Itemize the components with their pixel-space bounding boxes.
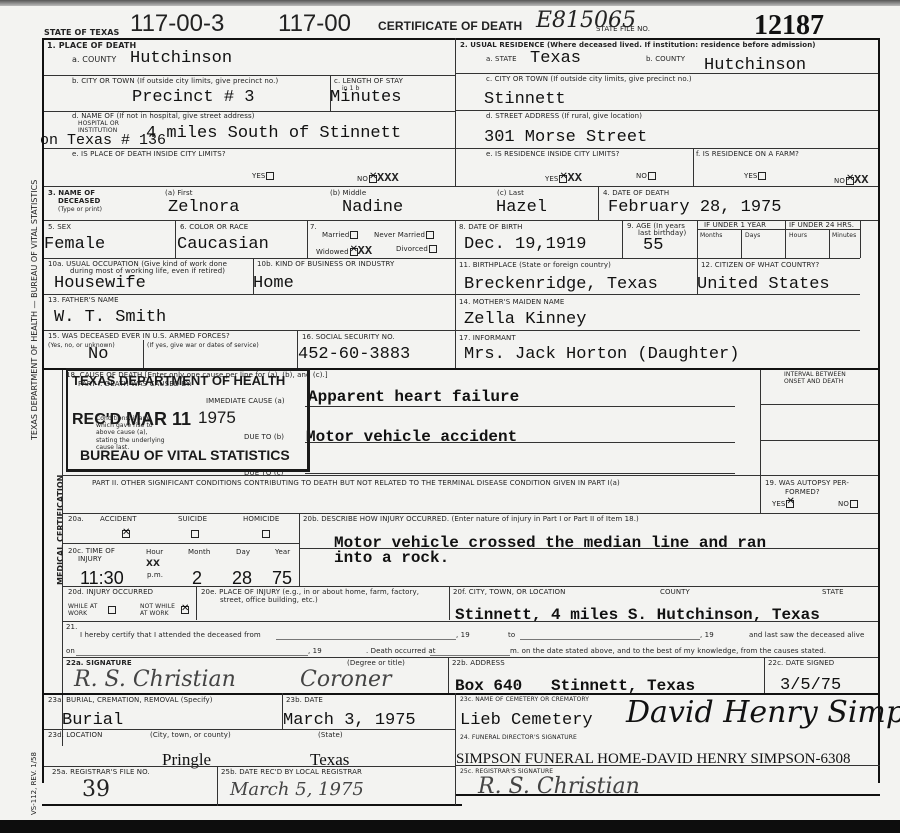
- place-of-death-label: 1. PLACE OF DEATH: [47, 42, 136, 50]
- injury-description-label: 20b. DESCRIBE HOW INJURY OCCURRED. (Ente…: [303, 516, 639, 523]
- stamp-line-1: TEXAS DEPARTMENT OF HEALTH: [72, 374, 285, 387]
- certifier-title: Coroner: [300, 669, 392, 691]
- rule: [44, 75, 455, 76]
- checkbox-checked[interactable]: [559, 175, 567, 183]
- father-name-value: W. T. Smith: [54, 309, 166, 326]
- header-handwritten-number-1: 117-00-3: [130, 12, 224, 36]
- race-label: 6. COLOR OR RACE: [180, 224, 248, 231]
- residence-inside-city-no[interactable]: NO: [636, 172, 656, 180]
- hospital-value-line-2: on Texas # 136: [40, 133, 166, 148]
- first-name-label: (a) First: [165, 190, 193, 197]
- residence-city-value: Stinnett: [484, 91, 566, 108]
- injury-location-label: 20f. CITY, TOWN, OR LOCATION: [453, 589, 565, 596]
- rule: [62, 370, 63, 746]
- funeral-director-signature: David Henry Simpson: [626, 698, 900, 728]
- suicide-label: SUICIDE: [178, 516, 207, 523]
- rule: [741, 229, 742, 258]
- certification-text-2d: m. on the date stated above, and to the …: [510, 648, 826, 655]
- year-label: Year: [275, 549, 290, 556]
- business-label: 10b. KIND OF BUSINESS OR INDUSTRY: [257, 261, 394, 268]
- checkbox[interactable]: [429, 245, 437, 253]
- rule: [44, 729, 455, 730]
- rule: [305, 406, 735, 407]
- days-label: Days: [745, 233, 760, 239]
- time-of-injury-label: 20c. TIME OF: [68, 548, 115, 555]
- length-of-stay-value: Minutes: [330, 89, 401, 106]
- death-county-value: Hutchinson: [130, 50, 232, 67]
- inside-city-limits-label: e. IS PLACE OF DEATH INSIDE CITY LIMITS?: [72, 151, 226, 158]
- state-file-number: 12187: [754, 12, 824, 40]
- months-label: Months: [700, 233, 723, 239]
- time-of-injury-label-2: INJURY: [78, 556, 102, 563]
- registrar-date-value: March 5, 1975: [230, 781, 364, 799]
- armed-forces-value: No: [88, 346, 108, 363]
- citizen-label: 12. CITIZEN OF WHAT COUNTRY?: [701, 262, 819, 269]
- rule: [455, 73, 878, 74]
- rule: [62, 513, 878, 514]
- race-value: Caucasian: [177, 236, 269, 253]
- rule: [62, 621, 878, 622]
- cemetery-label: 23c. NAME OF CEMETERY OR CREMATORY: [460, 697, 589, 703]
- date-signed-value: 3/5/75: [780, 677, 841, 694]
- certifier-address-value: Box 640 Stinnett, Texas: [455, 678, 695, 694]
- rule: [44, 186, 878, 187]
- certification-text-1e: and last saw the deceased alive: [749, 632, 864, 639]
- dob-value: Dec. 19,1919: [464, 236, 586, 253]
- certificate-title: CERTIFICATE OF DEATH: [378, 20, 522, 32]
- stamp-line-2b: MAR 11: [126, 410, 191, 428]
- yes-label: YES: [545, 175, 558, 183]
- form-border-bottom-left: [42, 804, 462, 806]
- burial-date-value: March 3, 1975: [283, 712, 416, 729]
- injury-type-label: 20a.: [68, 516, 84, 523]
- rule: [785, 220, 786, 258]
- rule: [449, 586, 450, 620]
- widowed-label: Widowed: [316, 248, 349, 256]
- checkbox[interactable]: [266, 172, 274, 180]
- last-name-label: (c) Last: [497, 190, 524, 197]
- burial-date-label: 23b. DATE: [286, 697, 323, 704]
- street-address-label: d. STREET ADDRESS (If rural, give locati…: [486, 113, 642, 120]
- certification-number: 21.: [66, 624, 77, 631]
- under-1-year-label: IF UNDER 1 YEAR: [704, 222, 766, 229]
- dob-label: 8. DATE OF BIRTH: [459, 224, 522, 231]
- mother-maiden-name-value: Zella Kinney: [464, 311, 586, 328]
- rule: [217, 766, 218, 806]
- autopsy-no[interactable]: NO: [838, 500, 858, 508]
- certification-text-1b: , 19: [456, 632, 470, 639]
- rule: [693, 148, 694, 186]
- rule: [44, 330, 860, 331]
- farm-label: f. IS RESIDENCE ON A FARM?: [696, 151, 799, 158]
- side-text-medical-certification: MEDICAL CERTIFICATION: [56, 475, 65, 585]
- typed-mark: XX: [854, 173, 869, 187]
- rule: [196, 586, 197, 620]
- residence-state-value: Texas: [530, 50, 581, 67]
- death-inside-city-yes[interactable]: YES: [252, 172, 274, 180]
- checkbox[interactable]: [850, 500, 858, 508]
- rule: [622, 220, 623, 258]
- armed-forces-label: 15. WAS DECEASED EVER IN U.S. ARMED FORC…: [48, 333, 230, 340]
- no-label: NO: [357, 175, 368, 183]
- injury-occurred-label: 20d. INJURY OCCURRED: [68, 589, 153, 596]
- mother-maiden-name-label: 14. MOTHER'S MAIDEN NAME: [459, 299, 564, 306]
- not-while-at-work-label: NOT WHILE AT WORK: [140, 604, 178, 617]
- blank-line: [520, 639, 700, 640]
- checkbox-checked[interactable]: [369, 175, 377, 183]
- checkbox[interactable]: [648, 172, 656, 180]
- rule: [62, 543, 299, 544]
- registrar-file-no-value: 39: [82, 779, 110, 801]
- side-text-department: TEXAS DEPARTMENT OF HEALTH — BUREAU OF V…: [30, 180, 39, 440]
- certification-text-2a: on: [66, 648, 75, 655]
- county-label: a. COUNTY: [72, 56, 116, 64]
- business-value: Home: [253, 275, 294, 292]
- stamp-line-2c: 1975: [198, 409, 236, 426]
- rule: [448, 657, 449, 693]
- rule: [62, 586, 878, 587]
- homicide-label: HOMICIDE: [243, 516, 279, 523]
- header-state: STATE OF TEXAS: [44, 29, 119, 37]
- sex-value: Female: [44, 236, 105, 253]
- scan-edge-top: [0, 0, 900, 6]
- married-label: Married: [322, 231, 349, 239]
- residence-inside-city-label: e. IS RESIDENCE INSIDE CITY LIMITS?: [486, 151, 619, 158]
- residence-label: 2. USUAL RESIDENCE (Where deceased lived…: [460, 42, 816, 49]
- certifier-address-label: 22b. ADDRESS: [452, 660, 505, 667]
- street-address-value: 301 Morse Street: [484, 129, 647, 146]
- widowed-option[interactable]: WidowedXX: [316, 245, 372, 257]
- middle-name-value: Nadine: [342, 199, 403, 216]
- residence-county-label: b. COUNTY: [646, 56, 685, 63]
- rule: [62, 475, 878, 476]
- under-24-hrs-label: IF UNDER 24 HRS.: [789, 222, 854, 229]
- rule: [44, 294, 860, 295]
- checkbox-checked[interactable]: [350, 248, 358, 256]
- autopsy-yes[interactable]: YES: [772, 500, 794, 508]
- residence-city-label: c. CITY OR TOWN (If outside city limits,…: [486, 76, 692, 83]
- autopsy-label-2: FORMED?: [785, 489, 820, 496]
- residence-state-label: a. STATE: [486, 56, 517, 63]
- suicide-checkbox[interactable]: [191, 530, 199, 538]
- never-married-option[interactable]: Never Married: [374, 231, 434, 239]
- ampm-mark: XX: [146, 560, 160, 569]
- burial-city-label: (City, town, or county): [150, 732, 231, 739]
- rule: [760, 440, 878, 441]
- injury-county-label: COUNTY: [660, 589, 690, 596]
- hour-label: Hour: [146, 549, 163, 556]
- time-of-injury-value: 11:30: [80, 569, 124, 587]
- place-of-injury-label: 20e. PLACE OF INJURY (e.g., in or about …: [201, 589, 419, 596]
- middle-name-label: (b) Middle: [330, 190, 366, 197]
- injury-year-value: 75: [272, 569, 292, 587]
- stamp-line-2a: REC'D: [72, 412, 121, 428]
- name-label-2: DECEASED: [58, 198, 100, 205]
- form-border-right: [878, 38, 880, 783]
- rule: [299, 513, 300, 586]
- ampm-value: p.m.: [147, 572, 163, 579]
- not-while-at-work-checkbox-checked[interactable]: [181, 606, 189, 614]
- rule: [764, 657, 765, 693]
- hours-label: Hours: [789, 233, 807, 239]
- rule: [455, 148, 878, 149]
- ssn-label: 16. SOCIAL SECURITY NO.: [302, 334, 395, 341]
- rule: [860, 220, 861, 258]
- while-at-work-label: WHILE AT WORK: [68, 604, 100, 617]
- no-label: NO: [834, 177, 845, 185]
- length-of-stay-label: c. LENGTH OF STAY: [334, 78, 403, 85]
- armed-forces-sub-2: (If yes, give war or dates of service): [147, 343, 259, 349]
- minutes-label: Minutes: [832, 233, 856, 239]
- registrar-signature: R. S. Christian: [478, 776, 640, 798]
- rule: [697, 220, 698, 258]
- rule: [175, 220, 176, 258]
- city-label: b. CITY OR TOWN (If outside city limits,…: [72, 78, 278, 85]
- burial-location-label: 23d. LOCATION: [48, 732, 102, 739]
- injury-month-value: 2: [192, 569, 202, 587]
- hospital-value-line-1: 4 miles South of Stinnett: [146, 125, 401, 142]
- blank-line: [76, 655, 308, 656]
- name-label-3: (Type or print): [58, 207, 102, 213]
- checkbox-checked[interactable]: [846, 177, 854, 185]
- rule: [760, 370, 761, 514]
- checkbox[interactable]: [758, 172, 766, 180]
- typed-mark: XXX: [377, 171, 399, 185]
- place-of-injury-label-2: street, office building, etc.): [220, 597, 318, 604]
- part-2-label: PART II. OTHER SIGNIFICANT CONDITIONS CO…: [92, 480, 620, 487]
- rule: [455, 693, 456, 805]
- farm-yes[interactable]: YES: [744, 172, 766, 180]
- disposition-label: 23a. BURIAL, CREMATION, REMOVAL (Specify…: [48, 697, 213, 704]
- state-file-label: STATE FILE NO.: [596, 26, 650, 33]
- divorced-option[interactable]: Divorced: [396, 245, 437, 253]
- injury-day-value: 28: [232, 569, 252, 587]
- citizen-value: United States: [697, 276, 830, 293]
- date-of-death-value: February 28, 1975: [608, 199, 781, 216]
- homicide-checkbox[interactable]: [262, 530, 270, 538]
- rule: [760, 404, 878, 405]
- month-label: Month: [188, 549, 210, 556]
- typed-mark: XX: [567, 171, 582, 185]
- rule: [62, 657, 878, 658]
- marital-label: 7.: [310, 224, 317, 231]
- header-handwritten-number-2: 117-00: [278, 12, 351, 36]
- no-label: NO: [838, 500, 849, 508]
- rule: [829, 229, 830, 258]
- no-label: NO: [636, 172, 647, 180]
- interval-label-2: ONSET AND DEATH: [784, 379, 843, 385]
- yes-label: YES: [252, 172, 265, 180]
- rule: [44, 148, 455, 149]
- scan-edge-bottom: [0, 820, 900, 833]
- rule: [143, 340, 144, 370]
- never-married-label: Never Married: [374, 231, 425, 239]
- certification-text-2c: . Death occurred at: [366, 648, 436, 655]
- occupation-value: Housewife: [54, 275, 146, 292]
- checkbox[interactable]: [426, 231, 434, 239]
- birthplace-value: Breckenridge, Texas: [464, 276, 658, 293]
- cemetery-value: Lieb Cemetery: [460, 712, 593, 729]
- autopsy-label-1: 19. WAS AUTOPSY PER-: [765, 480, 849, 487]
- rule: [44, 766, 455, 767]
- funeral-director-signature-label: 24. FUNERAL DIRECTOR'S SIGNATURE: [460, 735, 577, 741]
- date-of-death-label: 4. DATE OF DEATH: [603, 190, 669, 197]
- registrar-file-no-label: 25a. REGISTRAR'S FILE NO.: [52, 769, 150, 776]
- certification-text-1c: to: [508, 632, 515, 639]
- farm-no[interactable]: NOXX: [834, 174, 869, 186]
- certification-text-1a: I hereby certify that I attended the dec…: [80, 632, 261, 639]
- yes-label: YES: [772, 500, 785, 508]
- hospital-label: d. NAME OF (If not in hospital, give str…: [72, 113, 255, 120]
- divider-top-center: [455, 38, 456, 186]
- blank-line: [430, 655, 510, 656]
- injury-state-label: STATE: [822, 589, 844, 596]
- divorced-label: Divorced: [396, 245, 428, 253]
- degree-title-label: (Degree or title): [347, 660, 405, 667]
- accident-label: ACCIDENT: [100, 516, 137, 523]
- side-text-form-revision: VS-112, REV. 1/58: [30, 752, 38, 815]
- death-inside-city-no[interactable]: NOXXX: [357, 172, 399, 184]
- date-signed-label: 22c. DATE SIGNED: [768, 660, 834, 667]
- day-label: Day: [236, 549, 250, 556]
- burial-state-label: (State): [318, 732, 343, 739]
- rule: [305, 442, 735, 443]
- informant-value: Mrs. Jack Horton (Daughter): [464, 346, 739, 363]
- death-city-value: Precinct # 3: [132, 89, 254, 106]
- checkbox[interactable]: [350, 231, 358, 239]
- form-border-top: [42, 38, 880, 40]
- certification-text-2b: , 19: [308, 648, 322, 655]
- father-name-label: 13. FATHER'S NAME: [48, 297, 119, 304]
- rule: [455, 765, 880, 766]
- registrar-date-label: 25b. DATE REC'D BY LOCAL REGISTRAR: [221, 769, 362, 776]
- injury-description-line-2: into a rock.: [334, 550, 449, 566]
- signature-label: 22a. SIGNATURE: [66, 660, 132, 667]
- age-value: 55: [643, 237, 663, 254]
- disposition-value: Burial: [62, 712, 123, 729]
- rule: [598, 186, 599, 220]
- yes-label: YES: [744, 172, 757, 180]
- informant-label: 17. INFORMANT: [459, 335, 516, 342]
- rule: [697, 229, 860, 230]
- rule: [455, 220, 456, 370]
- residence-inside-city-yes[interactable]: YESXX: [545, 172, 582, 184]
- immediate-cause-value: Apparent heart failure: [308, 389, 519, 405]
- sex-label: 5. SEX: [48, 224, 71, 231]
- stamp-line-3: BUREAU OF VITAL STATISTICS: [80, 448, 290, 462]
- name-label-1: 3. NAME OF: [48, 190, 95, 197]
- birthplace-label: 11. BIRTHPLACE (State or foreign country…: [459, 262, 611, 269]
- ssn-value: 452-60-3883: [298, 346, 410, 363]
- rule: [455, 110, 878, 111]
- last-name-value: Hazel: [496, 199, 547, 216]
- blank-line: [276, 639, 456, 640]
- checkbox-checked[interactable]: [786, 500, 794, 508]
- certifier-signature: R. S. Christian: [74, 669, 236, 691]
- typed-mark: XX: [358, 244, 373, 258]
- while-at-work-checkbox[interactable]: [108, 606, 116, 614]
- first-name-value: Zelnora: [168, 199, 239, 216]
- rule: [307, 220, 308, 258]
- form-border-left: [42, 38, 44, 783]
- rule: [44, 258, 860, 259]
- married-option[interactable]: Married: [322, 231, 358, 239]
- residence-county-value: Hutchinson: [704, 57, 806, 74]
- rule: [305, 473, 735, 474]
- accident-checkbox-checked[interactable]: [122, 530, 130, 538]
- certification-text-1d: , 19: [700, 632, 714, 639]
